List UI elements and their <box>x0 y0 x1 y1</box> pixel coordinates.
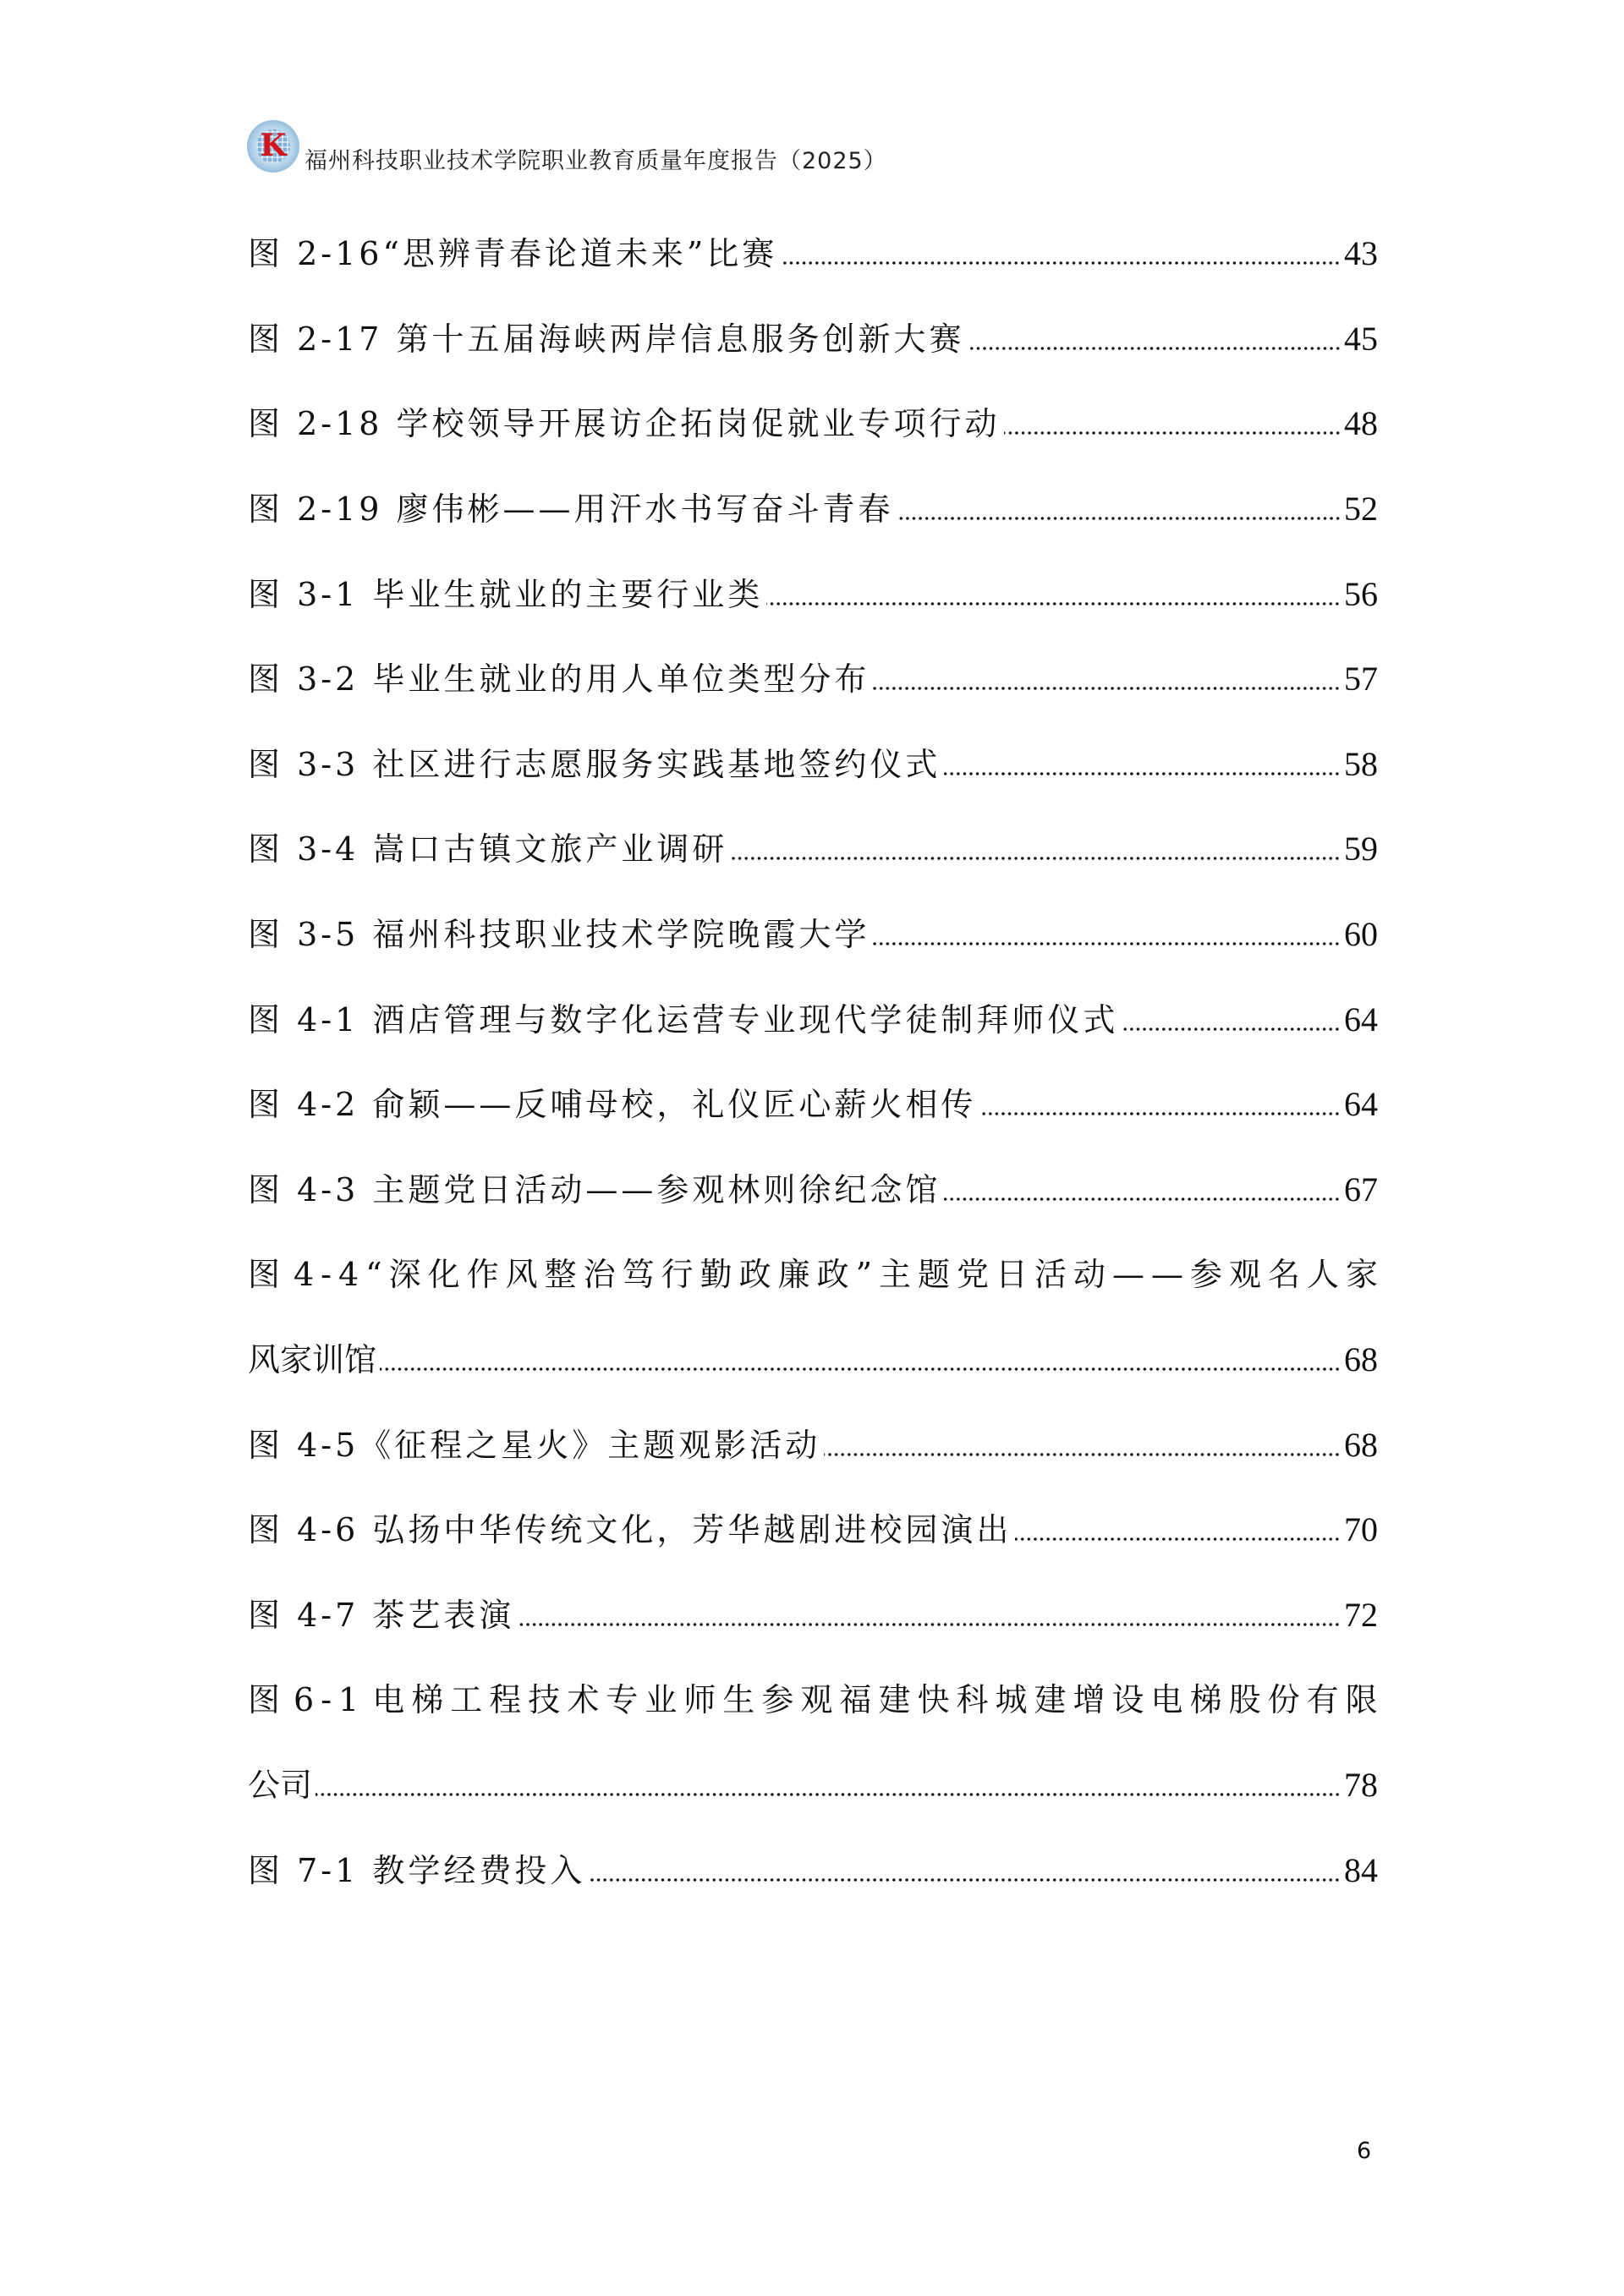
toc-entry-label: 图 2-16“思辨青春论道未来”比赛 <box>248 238 777 270</box>
dot-leader <box>1122 1027 1341 1032</box>
toc-entry-page[interactable]: 70 <box>1344 1513 1378 1547</box>
toc-entry-label: 图 4-1 酒店管理与数字化运营专业现代学徒制拜师仪式 <box>248 1004 1118 1036</box>
toc-entry-label: 图 2-17 第十五届海峡两岸信息服务创新大赛 <box>248 323 965 355</box>
toc-entry-label: 图 4-7 茶艺表演 <box>248 1599 514 1631</box>
toc-entry-label: 图 4-4“深化作风整治笃行勤政廉政”主题党日活动——参观名人家 <box>248 1258 1378 1290</box>
dot-leader <box>944 771 1341 776</box>
toc-entry-continuation[interactable]: 公司78 <box>248 1743 1378 1828</box>
toc-entry-page[interactable]: 48 <box>1344 407 1378 441</box>
toc-entry-label: 图 4-6 弘扬中华传统文化，芳华越剧进校园演出 <box>248 1514 1012 1546</box>
toc-entry-page[interactable]: 56 <box>1344 578 1378 611</box>
toc-entry-page[interactable]: 60 <box>1344 918 1378 951</box>
toc-entry-page[interactable]: 58 <box>1344 748 1378 781</box>
dot-leader <box>873 941 1341 946</box>
dot-leader <box>897 516 1341 521</box>
toc-entry-label: 图 4-5《征程之星火》主题观影活动 <box>248 1429 820 1461</box>
toc-entry-label: 图 2-18 学校领导开展访企拓岗促就业专项行动 <box>248 408 1001 440</box>
dot-leader <box>589 1877 1341 1882</box>
dot-leader <box>766 601 1341 606</box>
toc-entry[interactable]: 图 4-2 俞颖——反哺母校，礼仪匠心薪火相传64 <box>248 1062 1378 1148</box>
toc-entry[interactable]: 图 3-3 社区进行志愿服务实践基地签约仪式58 <box>248 722 1378 808</box>
toc-entry-page[interactable]: 64 <box>1344 1088 1378 1121</box>
toc-entry-page[interactable]: 59 <box>1344 832 1378 866</box>
toc-entry[interactable]: 图 4-4“深化作风整治笃行勤政廉政”主题党日活动——参观名人家 <box>248 1232 1378 1318</box>
toc-entry-label: 图 7-1 教学经费投入 <box>248 1855 585 1887</box>
dot-leader <box>1004 430 1341 436</box>
report-title: 福州科技职业技术学院职业教育质量年度报告（2025） <box>304 150 887 173</box>
dot-leader <box>380 1367 1341 1372</box>
toc-entry[interactable]: 图 4-7 茶艺表演72 <box>248 1573 1378 1658</box>
dot-leader <box>979 1111 1341 1116</box>
toc-entry-page[interactable]: 72 <box>1344 1598 1378 1632</box>
toc-entry-page[interactable]: 45 <box>1344 322 1378 356</box>
dot-leader <box>968 346 1341 351</box>
toc-entry-label: 图 3-3 社区进行志愿服务实践基地签约仪式 <box>248 748 941 781</box>
toc-entry-label: 图 3-1 毕业生就业的主要行业类 <box>248 578 763 611</box>
figure-list: 图 2-16“思辨青春论道未来”比赛43图 2-17 第十五届海峡两岸信息服务创… <box>248 211 1378 1913</box>
toc-entry-label: 图 6-1 电梯工程技术专业师生参观福建快科城建增设电梯股份有限 <box>248 1684 1378 1716</box>
toc-entry-continuation[interactable]: 风家训馆68 <box>248 1318 1378 1403</box>
toc-entry-page[interactable]: 57 <box>1344 662 1378 696</box>
page-number: 6 <box>1357 2138 1371 2164</box>
toc-entry[interactable]: 图 2-16“思辨青春论道未来”比赛43 <box>248 211 1378 297</box>
toc-entry[interactable]: 图 4-3 主题党日活动——参观林则徐纪念馆67 <box>248 1148 1378 1233</box>
toc-entry-label: 图 3-5 福州科技职业技术学院晚霞大学 <box>248 918 870 951</box>
dot-leader <box>315 1792 1341 1797</box>
dot-leader <box>873 686 1341 691</box>
logo-letter: K <box>249 130 298 161</box>
toc-entry[interactable]: 图 3-2 毕业生就业的用人单位类型分布57 <box>248 637 1378 722</box>
toc-entry-label: 图 4-2 俞颖——反哺母校，礼仪匠心薪火相传 <box>248 1088 976 1121</box>
toc-entry[interactable]: 图 6-1 电梯工程技术专业师生参观福建快科城建增设电梯股份有限 <box>248 1658 1378 1743</box>
page-header: K 福州科技职业技术学院职业教育质量年度报告（2025） <box>247 117 887 184</box>
toc-entry-label-continuation: 风家训馆 <box>248 1344 376 1376</box>
toc-entry-page[interactable]: 68 <box>1344 1428 1378 1462</box>
toc-entry[interactable]: 图 3-4 嵩口古镇文旅产业调研59 <box>248 807 1378 892</box>
toc-entry-page[interactable]: 68 <box>1344 1343 1378 1377</box>
dot-leader <box>781 260 1341 266</box>
toc-entry-page[interactable]: 67 <box>1344 1173 1378 1207</box>
toc-entry[interactable]: 图 4-5《征程之星火》主题观影活动68 <box>248 1402 1378 1488</box>
toc-entry-label: 图 4-3 主题党日活动——参观林则徐纪念馆 <box>248 1174 941 1206</box>
dot-leader <box>824 1452 1341 1457</box>
toc-entry[interactable]: 图 3-1 毕业生就业的主要行业类56 <box>248 551 1378 637</box>
toc-entry[interactable]: 图 4-6 弘扬中华传统文化，芳华越剧进校园演出70 <box>248 1488 1378 1573</box>
toc-entry-page[interactable]: 64 <box>1344 1003 1378 1037</box>
toc-entry-page[interactable]: 52 <box>1344 492 1378 526</box>
dot-leader <box>1015 1537 1341 1542</box>
toc-entry-label: 图 3-4 嵩口古镇文旅产业调研 <box>248 833 727 865</box>
dot-leader <box>944 1197 1341 1202</box>
toc-entry[interactable]: 图 2-18 学校领导开展访企拓岗促就业专项行动48 <box>248 381 1378 467</box>
toc-entry-label-continuation: 公司 <box>248 1769 312 1801</box>
toc-entry[interactable]: 图 2-19 廖伟彬——用汗水书写奋斗青春52 <box>248 467 1378 552</box>
toc-entry-label: 图 2-19 廖伟彬——用汗水书写奋斗青春 <box>248 493 894 525</box>
toc-entry-page[interactable]: 78 <box>1344 1768 1378 1802</box>
dot-leader <box>731 856 1341 861</box>
toc-entry[interactable]: 图 7-1 教学经费投入84 <box>248 1827 1378 1913</box>
toc-entry[interactable]: 图 4-1 酒店管理与数字化运营专业现代学徒制拜师仪式64 <box>248 977 1378 1062</box>
school-logo-icon: K <box>247 120 299 173</box>
toc-entry-page[interactable]: 84 <box>1344 1854 1378 1888</box>
toc-entry[interactable]: 图 3-5 福州科技职业技术学院晚霞大学60 <box>248 892 1378 978</box>
toc-entry[interactable]: 图 2-17 第十五届海峡两岸信息服务创新大赛45 <box>248 297 1378 382</box>
dot-leader <box>518 1622 1341 1627</box>
toc-entry-page[interactable]: 43 <box>1344 237 1378 271</box>
toc-entry-label: 图 3-2 毕业生就业的用人单位类型分布 <box>248 663 870 695</box>
